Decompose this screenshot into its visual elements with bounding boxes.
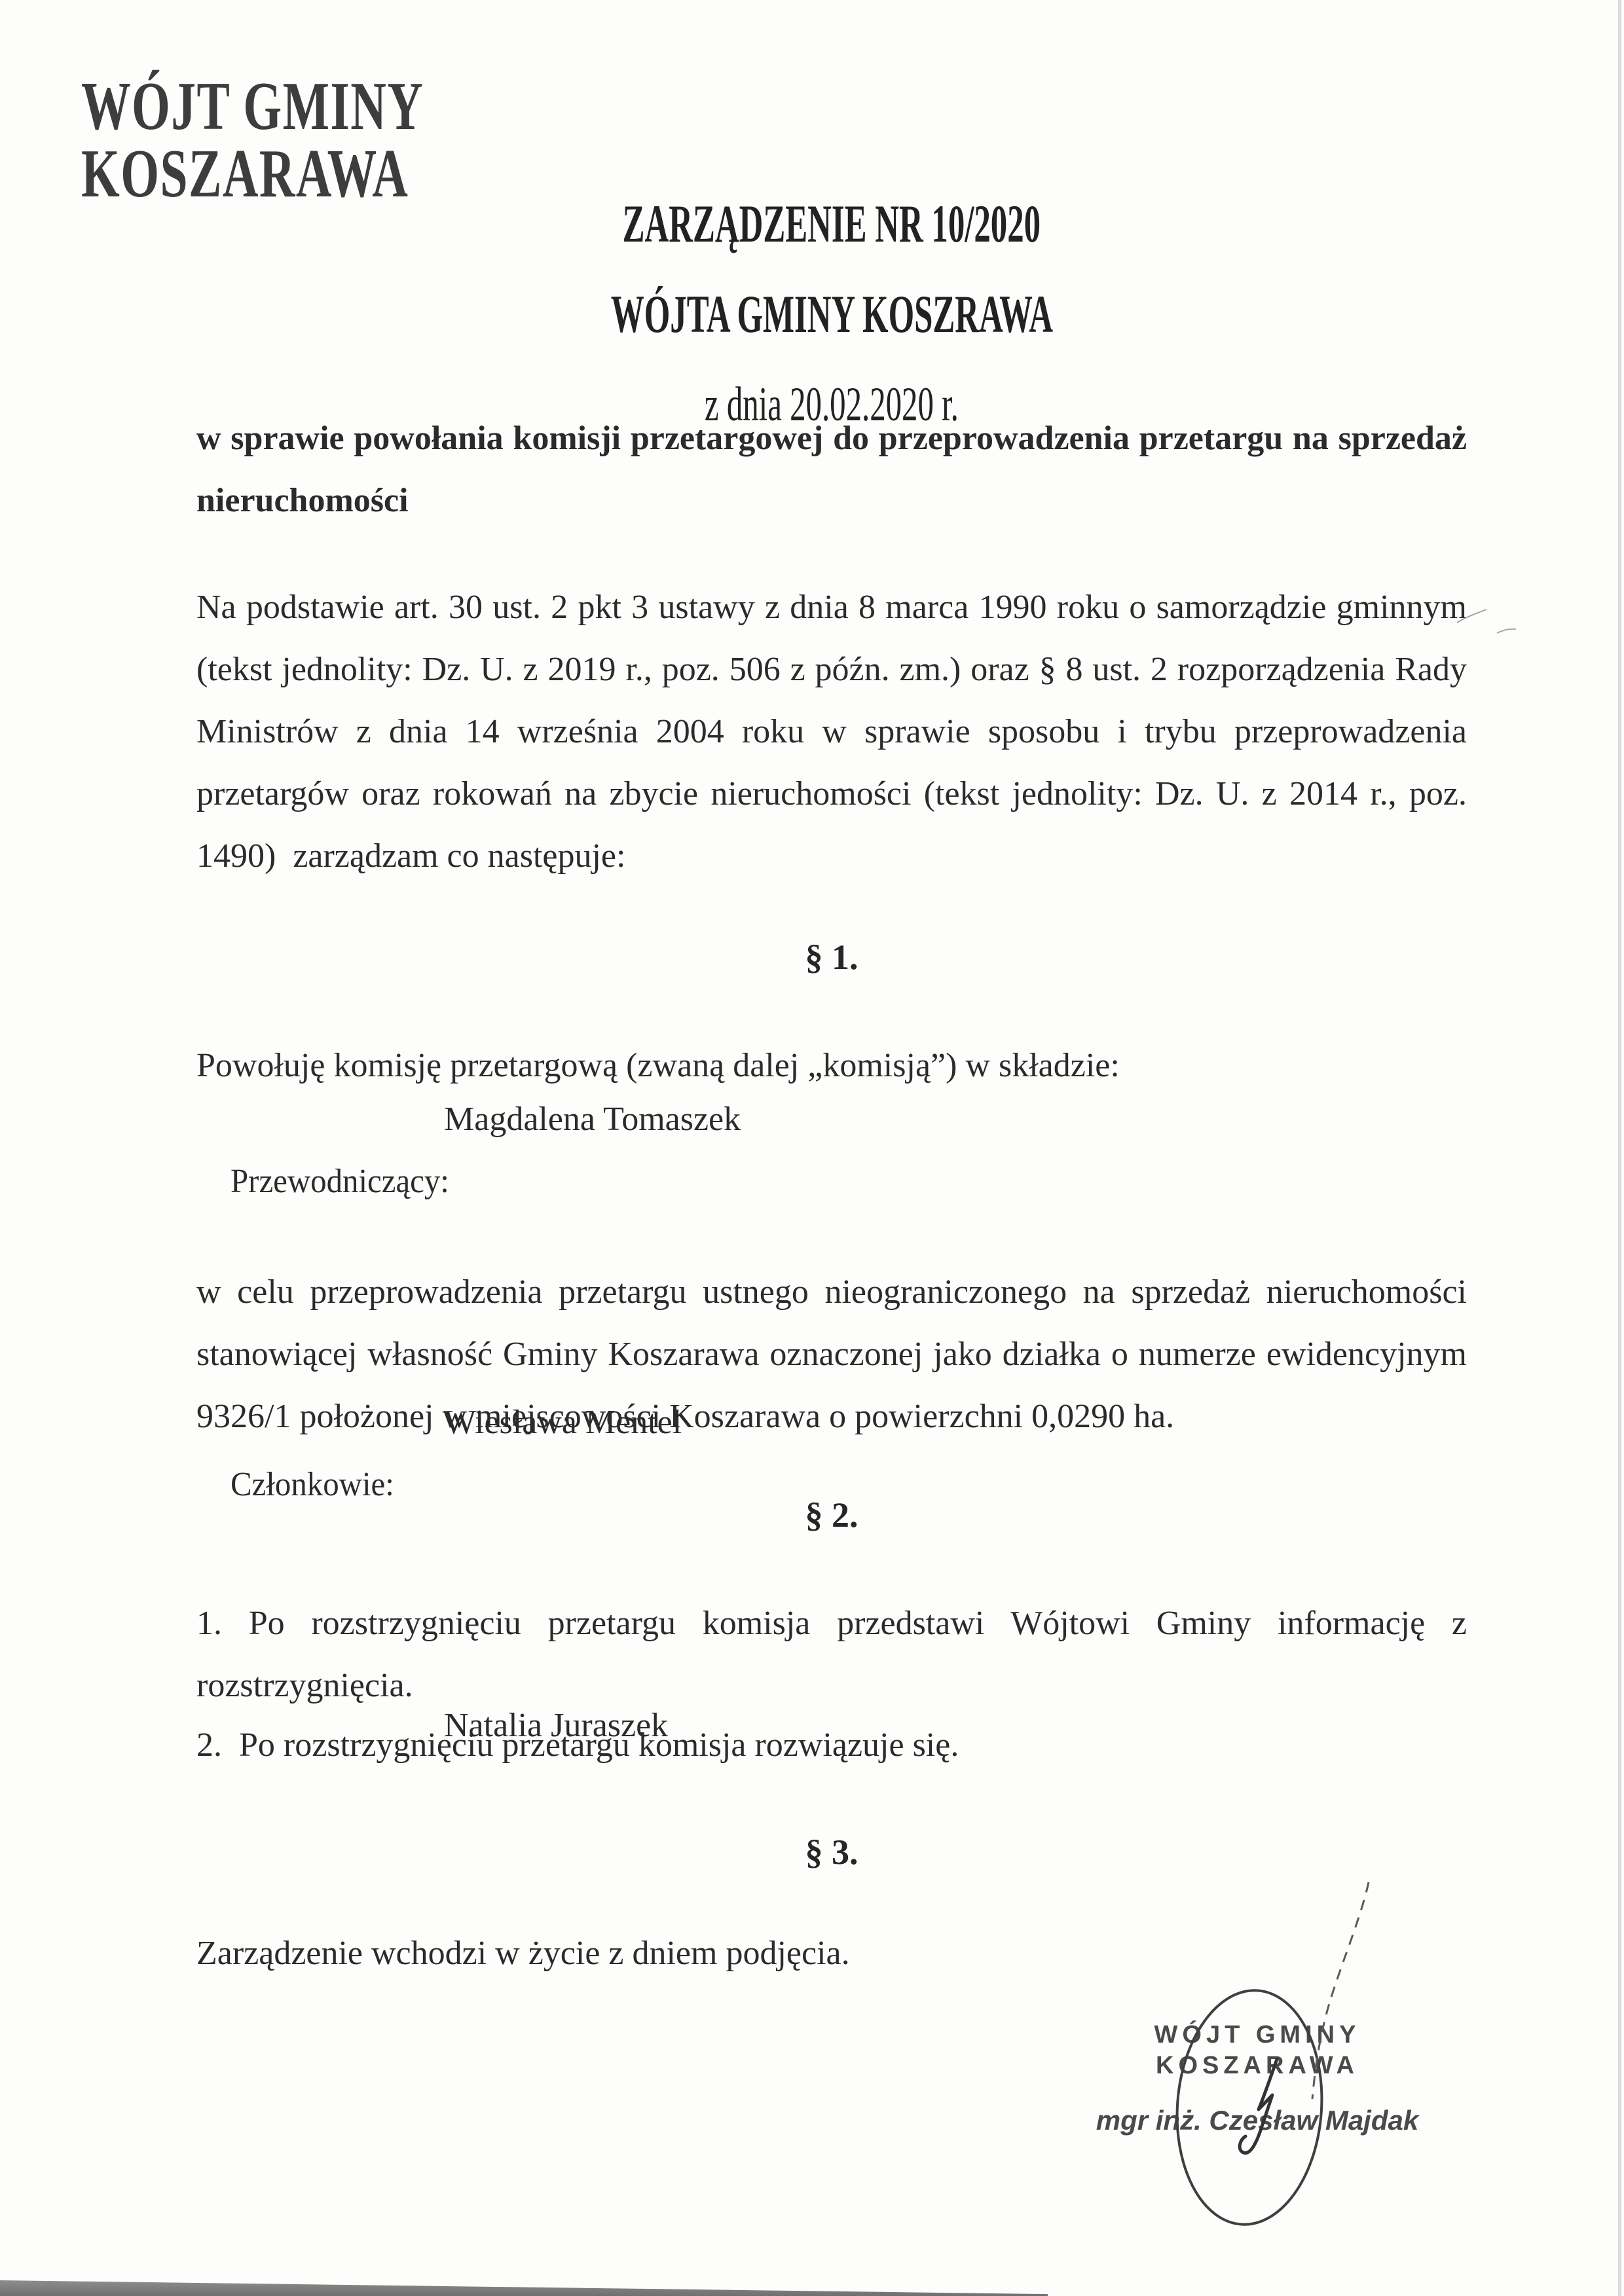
document-subtitle: WÓJTA GMINY KOSZRAWA: [196, 268, 1467, 360]
signer-name: mgr inż. Czesław Majdak: [1054, 2104, 1460, 2137]
scan-edge-bottom: [0, 2280, 1048, 2296]
section-2-item-2: 2. Po rozstrzygnięciu przetargu komisja …: [196, 1714, 1467, 1776]
purpose-line-2: stanowiącej własność Gminy Koszarawa ozn…: [196, 1323, 1467, 1385]
legal-basis-line-5: 1490) zarządzam co następuje:: [196, 825, 1467, 887]
document-subtitle-text: WÓJTA GMINY KOSZRAWA: [610, 268, 1052, 360]
signature-stamp-line2: KOSZARAWA: [1080, 2050, 1434, 2081]
section-1-intro: Powołuję komisję przetargową (zwaną dale…: [196, 1034, 1467, 1097]
signature-stamp-line1: WÓJT GMINY: [1080, 2020, 1434, 2050]
committee-name: Magdalena Tomaszek: [444, 1088, 741, 1150]
document-title: ZARZĄDZENIE NR 10/2020: [196, 178, 1467, 270]
section-3-heading: § 3.: [196, 1821, 1467, 1884]
subject-line-1: w sprawie powołania komisji przetargowej…: [196, 407, 1467, 469]
purpose-line-1: w celu przeprowadzenia przetargu ustnego…: [196, 1261, 1467, 1323]
effective-date-line: Zarządzenie wchodzi w życie z dniem podj…: [196, 1922, 1467, 1984]
legal-basis-line-3: Ministrów z dnia 14 września 2004 roku w…: [196, 701, 1467, 763]
subject-line-2: nieruchomości: [196, 469, 1467, 532]
section-1-heading: § 1.: [196, 926, 1467, 989]
sender-stamp-line1: WÓJT GMINY: [81, 72, 424, 139]
legal-basis-line-2: (tekst jednolity: Dz. U. z 2019 r., poz.…: [196, 638, 1467, 701]
section-2-item-1-line-2: rozstrzygnięcia.: [196, 1654, 1467, 1717]
section-2-heading: § 2.: [196, 1484, 1467, 1546]
legal-basis-line-4: przetargów oraz rokowań na zbycie nieruc…: [196, 763, 1467, 825]
document-title-text: ZARZĄDZENIE NR 10/2020: [623, 178, 1041, 270]
scanned-ordinance-document: WÓJT GMINY KOSZARAWA ZARZĄDZENIE NR 10/2…: [0, 0, 1624, 2296]
legal-basis-line-1: Na podstawie art. 30 ust. 2 pkt 3 ustawy…: [196, 576, 1467, 638]
scan-edge-right: [1618, 0, 1621, 2296]
committee-role: Przewodniczący:: [231, 1150, 449, 1212]
section-2-item-1-line-1: 1. Po rozstrzygnięciu przetargu komisja …: [196, 1592, 1467, 1654]
purpose-line-3: 9326/1 położonej w miejscowości Koszaraw…: [196, 1385, 1467, 1448]
